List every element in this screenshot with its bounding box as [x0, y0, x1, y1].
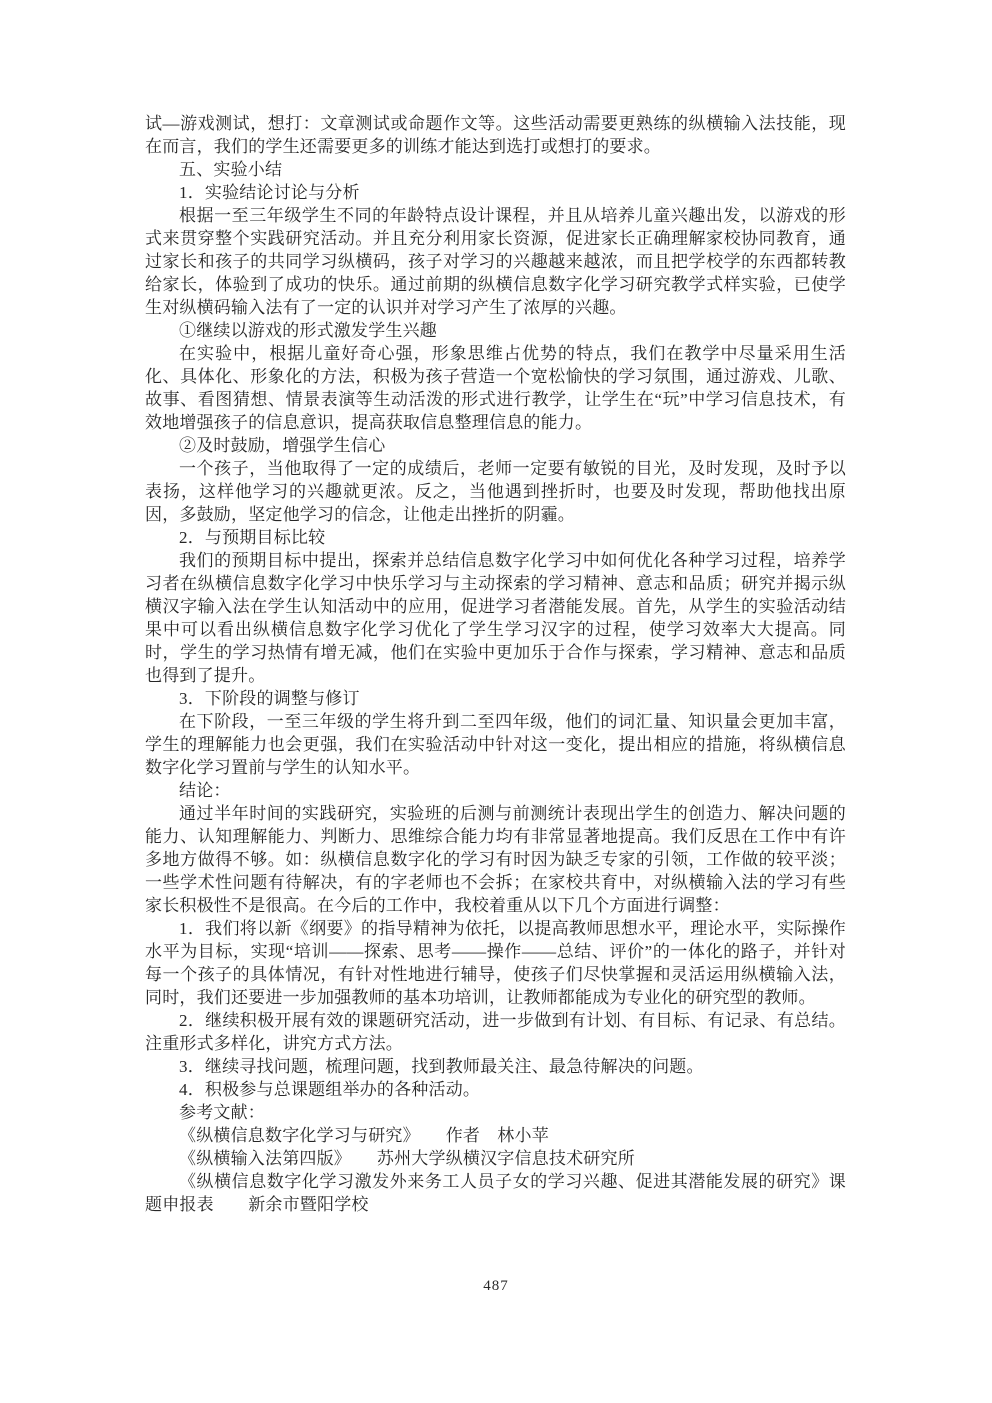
document-page: 试—游戏测试，想打：文章测试或命题作文等。这些活动需要更熟练的纵横输入法技能，现… — [0, 0, 992, 1403]
paragraph: ①继续以游戏的形式激发学生兴趣 — [145, 319, 846, 342]
paragraph: 结论： — [145, 779, 846, 802]
paragraph: ②及时鼓励，增强学生信心 — [145, 434, 846, 457]
paragraph: 试—游戏测试，想打：文章测试或命题作文等。这些活动需要更熟练的纵横输入法技能，现… — [145, 112, 846, 158]
paragraph: 一个孩子，当他取得了一定的成绩后，老师一定要有敏锐的目光，及时发现，及时予以表扬… — [145, 457, 846, 526]
paragraph: 1．我们将以新《纲要》的指导精神为依托，以提高教师思想水平，理论水平，实际操作水… — [145, 917, 846, 1009]
paragraph: 在下阶段，一至三年级的学生将升到二至四年级，他们的词汇量、知识量会更加丰富，学生… — [145, 710, 846, 779]
paragraph: 2．继续积极开展有效的课题研究活动，进一步做到有计划、有目标、有记录、有总结。注… — [145, 1009, 846, 1055]
paragraph: 3．继续寻找问题，梳理问题，找到教师最关注、最急待解决的问题。 — [145, 1055, 846, 1078]
paragraph: 4．积极参与总课题组举办的各种活动。 — [145, 1078, 846, 1101]
paragraph: 根据一至三年级学生不同的年龄特点设计课程，并且从培养儿童兴趣出发，以游戏的形式来… — [145, 204, 846, 319]
page-number: 487 — [0, 1278, 992, 1295]
paragraph: 通过半年时间的实践研究，实验班的后测与前测统计表现出学生的创造力、解决问题的能力… — [145, 802, 846, 917]
paragraph: 《纵横信息数字化学习与研究》 作者 林小苹 — [145, 1124, 846, 1147]
paragraph: 在实验中，根据儿童好奇心强，形象思维占优势的特点，我们在教学中尽量采用生活化、具… — [145, 342, 846, 434]
paragraph: 参考文献： — [145, 1101, 846, 1124]
paragraph: 五、实验小结 — [145, 158, 846, 181]
paragraph: 2．与预期目标比较 — [145, 526, 846, 549]
paragraph: 《纵横输入法第四版》 苏州大学纵横汉字信息技术研究所 — [145, 1147, 846, 1170]
paragraph: 1．实验结论讨论与分析 — [145, 181, 846, 204]
paragraph: 《纵横信息数字化学习激发外来务工人员子女的学习兴趣、促进其潜能发展的研究》课题申… — [145, 1170, 846, 1216]
paragraph: 3．下阶段的调整与修订 — [145, 687, 846, 710]
paragraph: 我们的预期目标中提出，探索并总结信息数字化学习中如何优化各种学习过程，培养学习者… — [145, 549, 846, 687]
document-body: 试—游戏测试，想打：文章测试或命题作文等。这些活动需要更熟练的纵横输入法技能，现… — [145, 112, 846, 1216]
